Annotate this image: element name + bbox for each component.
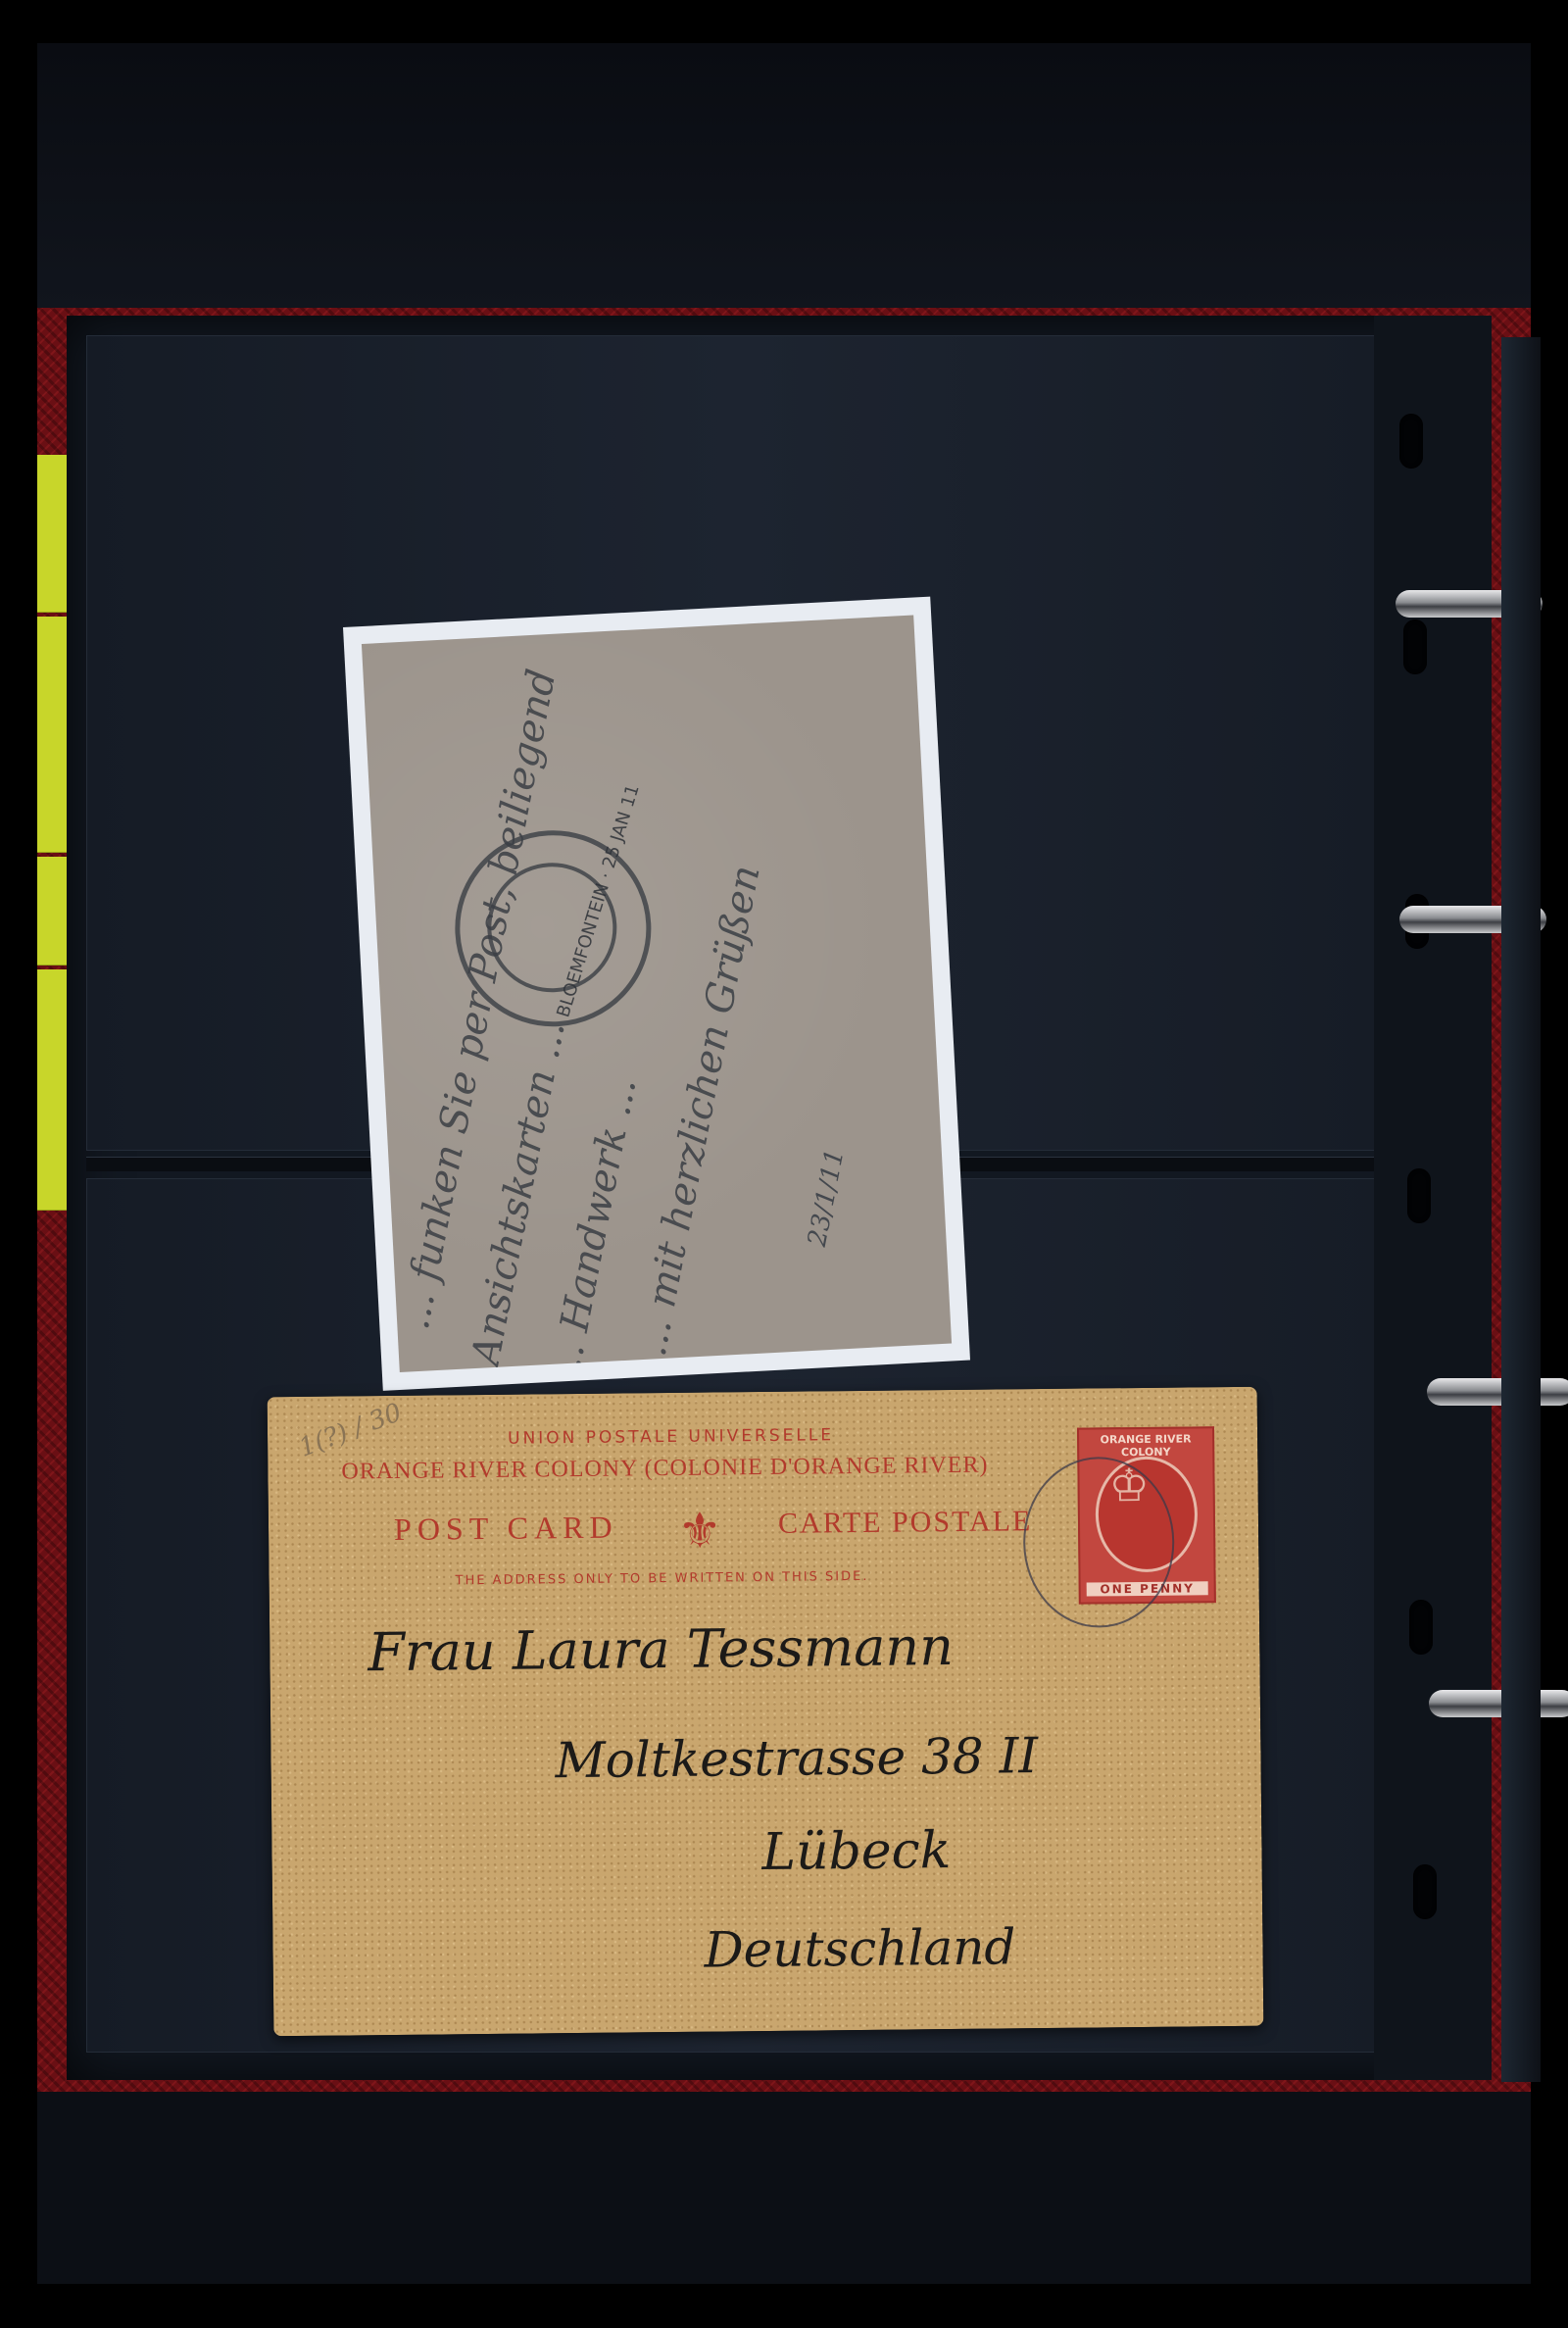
punch-hole <box>1407 1168 1431 1223</box>
address-line: Deutschland <box>704 1918 1015 1978</box>
postal-card: 1(?) / 30 UNION POSTALE UNIVERSELLE ORAN… <box>268 1387 1264 2037</box>
divider-tab <box>37 969 71 1211</box>
royal-crest-icon: ⚜ <box>651 1496 750 1565</box>
punch-hole <box>1399 414 1423 469</box>
stamp-top-text: ORANGE RIVER COLONY <box>1079 1432 1212 1459</box>
binder-spine <box>1501 337 1541 2082</box>
binder-ring <box>1429 1690 1568 1717</box>
binder-strip <box>1374 316 1492 2080</box>
post-card-label: POST CARD <box>394 1510 618 1548</box>
date-note: 23/1/11 <box>803 1147 851 1249</box>
binder-ring <box>1427 1378 1568 1406</box>
letter-paper: ... funken Sie per Post, beiliegend Ansi… <box>362 616 952 1372</box>
postmark-icon <box>1022 1457 1175 1629</box>
punch-hole <box>1409 1600 1433 1655</box>
divider-tab <box>37 617 71 853</box>
album-bottom <box>37 2092 1531 2284</box>
address-line: Frau Laura Tessmann <box>367 1615 954 1683</box>
divider-tab <box>37 857 71 966</box>
divider-tabs <box>37 455 71 1210</box>
carte-postale-label: CARTE POSTALE <box>778 1505 1033 1541</box>
letter-photocopy: ... funken Sie per Post, beiliegend Ansi… <box>343 597 970 1391</box>
address-line: Lübeck <box>761 1821 951 1882</box>
upu-header: UNION POSTALE UNIVERSELLE <box>508 1425 834 1448</box>
address-line: Moltkestrasse 38 II <box>555 1727 1038 1789</box>
pencil-note: 1(?) / 30 <box>295 1398 406 1462</box>
punch-hole <box>1413 1864 1437 1919</box>
divider-tab <box>37 455 71 613</box>
address-instruction: THE ADDRESS ONLY TO BE WRITTEN ON THIS S… <box>456 1569 869 1588</box>
handwritten-line: ... Handwerk ... <box>543 1074 646 1372</box>
colony-line: ORANGE RIVER COLONY (COLONIE D'ORANGE RI… <box>341 1453 988 1486</box>
background-shadow <box>37 43 1531 308</box>
punch-hole <box>1403 619 1427 674</box>
